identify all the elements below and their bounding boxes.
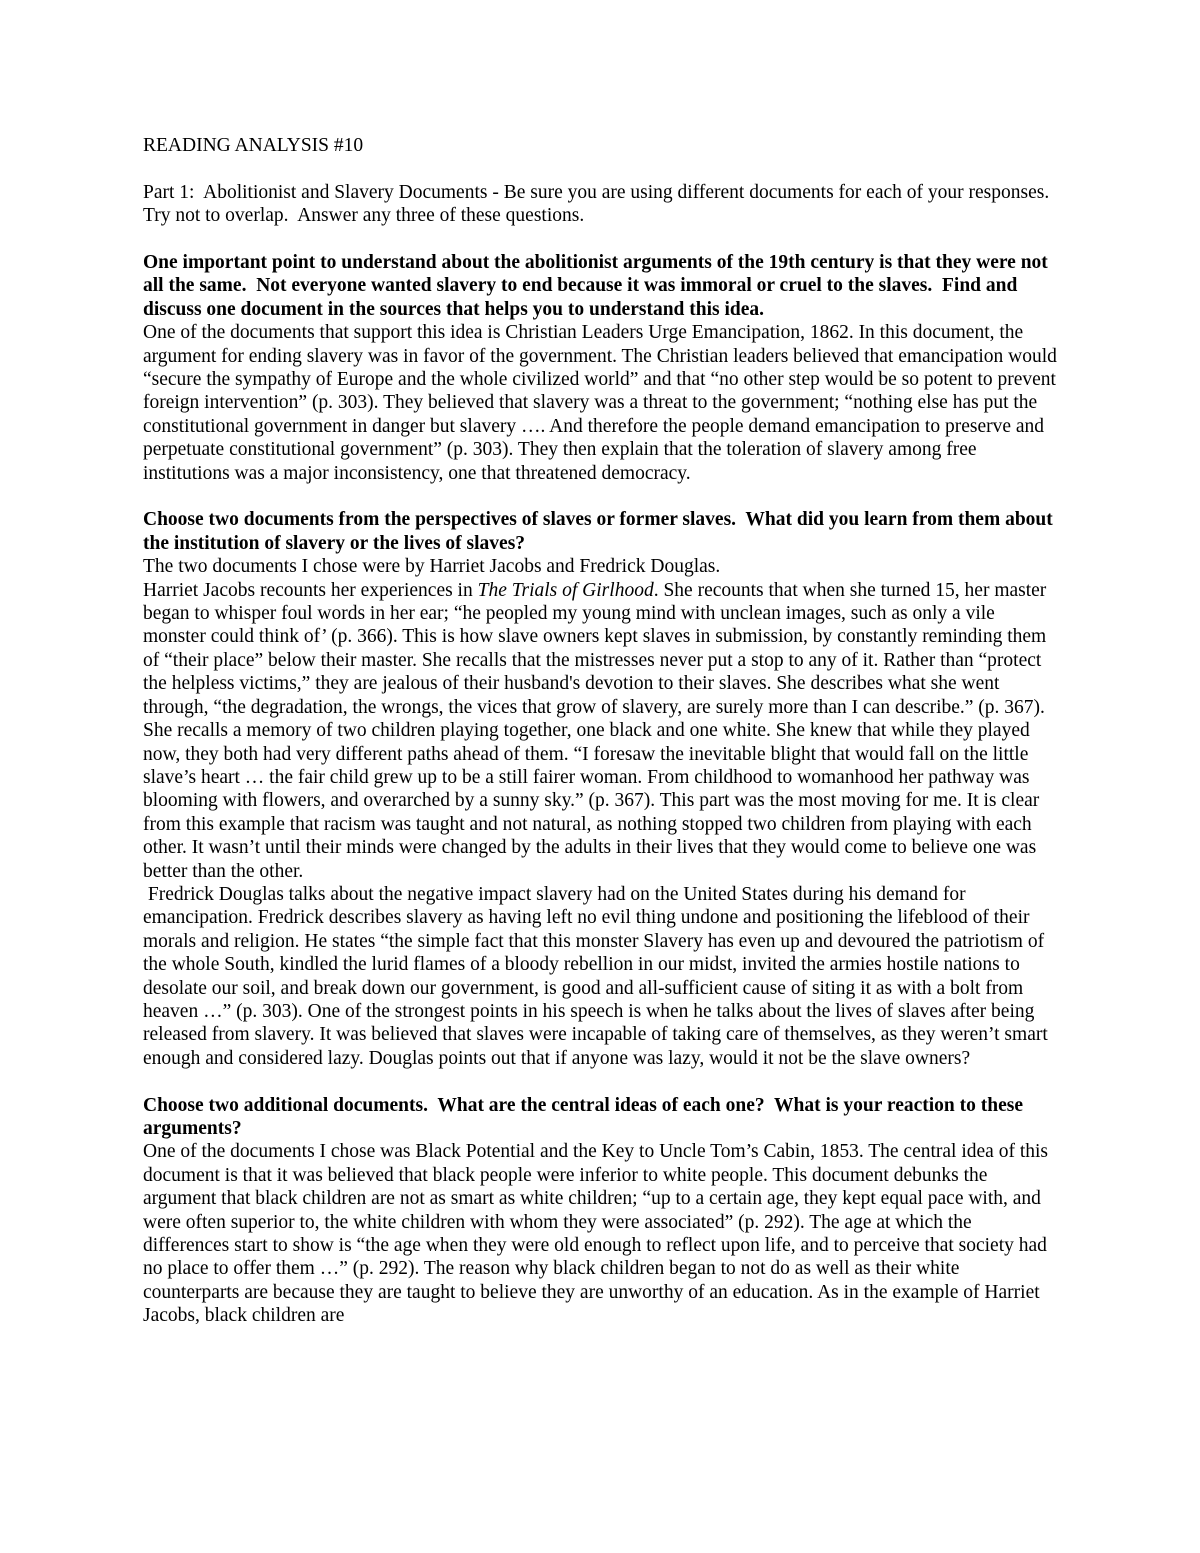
question-1-answer: One of the documents that support this i…: [143, 321, 1058, 485]
assignment-instructions: Part 1: Abolitionist and Slavery Documen…: [143, 181, 1058, 228]
essay-document-page: READING ANALYSIS #10 Part 1: Abolitionis…: [0, 0, 1200, 1553]
question-2-prompt: Choose two documents from the perspectiv…: [143, 508, 1058, 555]
question-1-prompt: One important point to understand about …: [143, 251, 1058, 321]
question-2-answer-intro: The two documents I chose were by Harrie…: [143, 555, 1058, 578]
question-block-2: Choose two documents from the perspectiv…: [143, 508, 1058, 1070]
document-title: READING ANALYSIS #10: [143, 134, 1058, 157]
jacobs-text-after-title: . She recounts that when she turned 15, …: [143, 580, 1051, 882]
book-title-trials-of-girlhood: The Trials of Girlhood: [478, 580, 654, 601]
question-3-prompt: Choose two additional documents. What ar…: [143, 1094, 1058, 1141]
question-block-1: One important point to understand about …: [143, 251, 1058, 485]
question-3-answer: One of the documents I chose was Black P…: [143, 1140, 1058, 1327]
question-2-answer-jacobs-paragraph: Harriet Jacobs recounts her experiences …: [143, 579, 1058, 883]
jacobs-text-before-title: Harriet Jacobs recounts her experiences …: [143, 580, 478, 601]
question-block-3: Choose two additional documents. What ar…: [143, 1094, 1058, 1328]
question-2-answer-douglas-paragraph: Fredrick Douglas talks about the negativ…: [143, 883, 1058, 1070]
